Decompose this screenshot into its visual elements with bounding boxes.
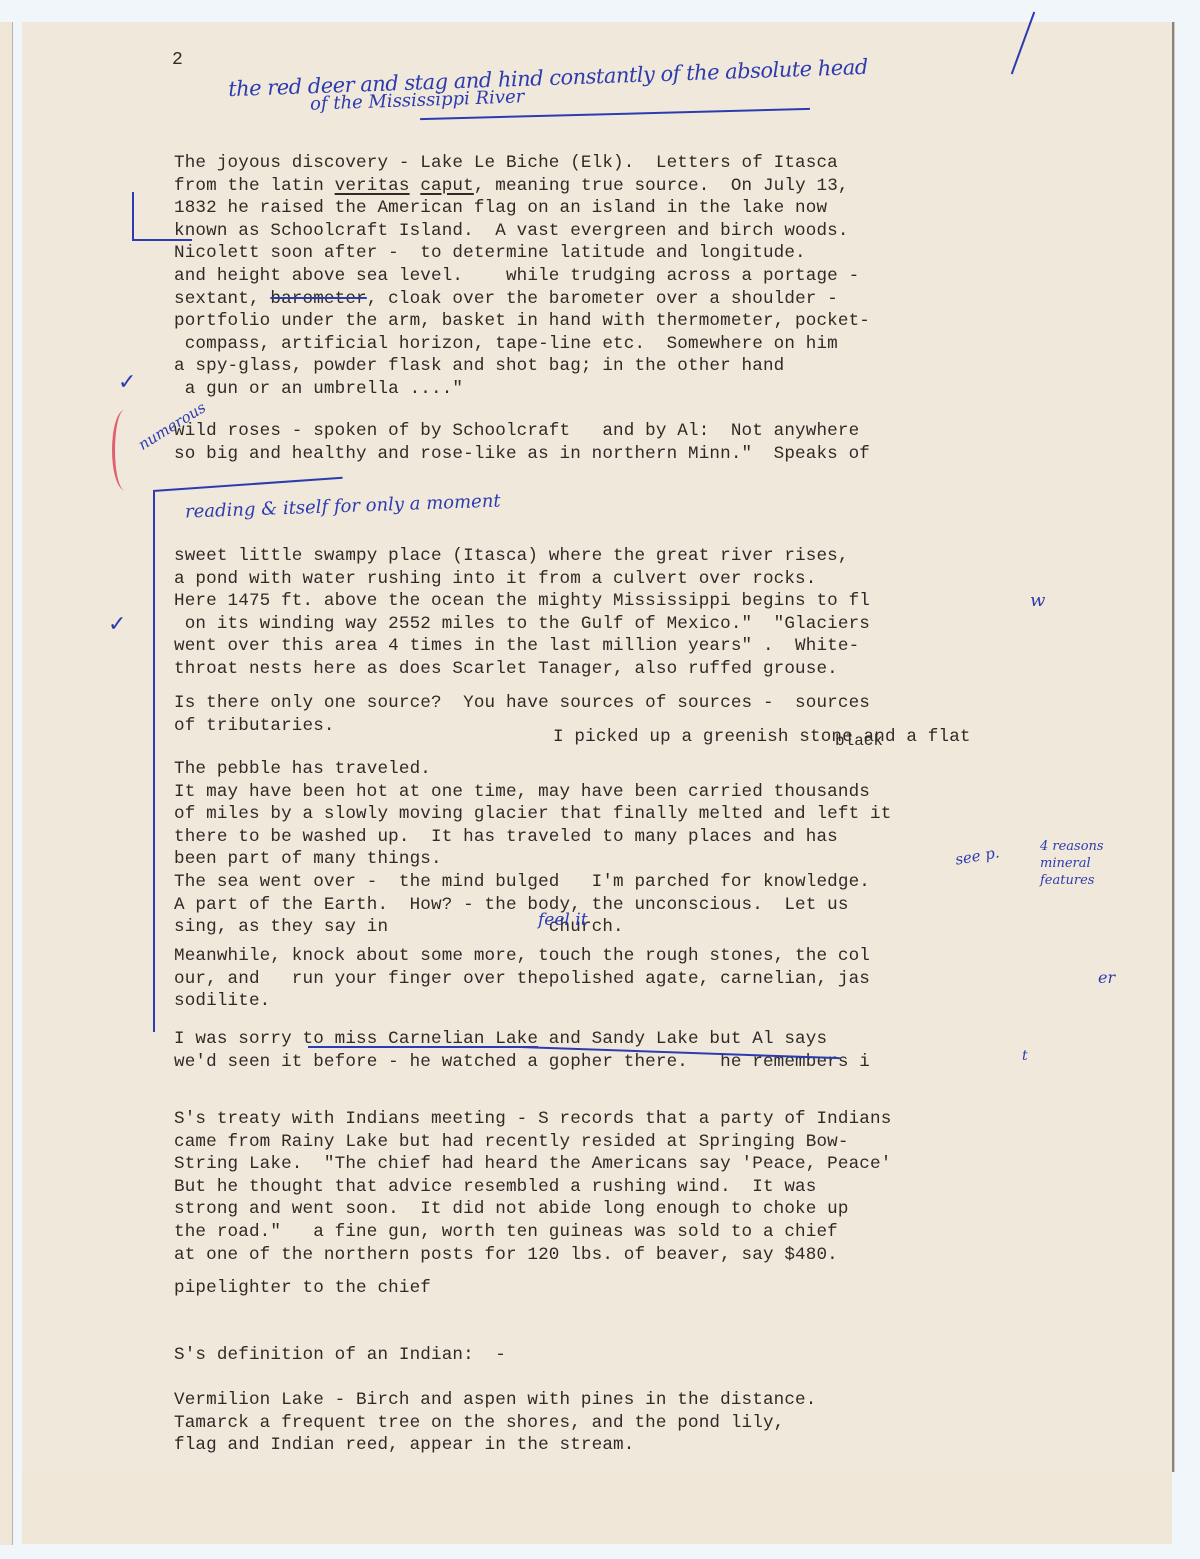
paragraph-10: pipelighter to the chief	[174, 1277, 431, 1300]
paragraph-3: sweet little swampy place (Itasca) where…	[174, 545, 870, 681]
paragraph-8: I was sorry to miss Carnelian Lake and S…	[174, 1028, 870, 1073]
underlined-caput: caput	[420, 176, 474, 196]
paragraph-12: Vermilion Lake - Birch and aspen with pi…	[174, 1389, 816, 1457]
red-margin-paren	[112, 410, 137, 490]
margin-bracket-1-foot	[132, 239, 192, 241]
underlined-veritas: veritas	[335, 176, 410, 196]
paragraph-7: Meanwhile, knock about some more, touch …	[174, 945, 870, 1013]
checkmark-icon: ✓	[108, 612, 126, 637]
paragraph-9: S's treaty with Indians meeting - S reco…	[174, 1108, 891, 1266]
paragraph-11: S's definition of an Indian: -	[174, 1344, 506, 1367]
handwritten-jasper-ending: er	[1098, 968, 1115, 987]
strikethrough-carnelian-lake	[308, 1046, 538, 1048]
paragraph-1: The joyous discovery - Lake Le Biche (El…	[174, 152, 870, 401]
previous-page-edge	[0, 22, 13, 1545]
handwritten-feel-it: feel it	[538, 910, 588, 930]
struck-barometer: barometer	[270, 289, 366, 309]
checkmark-icon: ✓	[118, 370, 136, 395]
handwritten-flow-ending: w	[1030, 590, 1045, 611]
margin-bracket-1	[132, 192, 134, 240]
paragraph-2: wild roses - spoken of by Schoolcraft an…	[174, 420, 870, 465]
paragraph-5: The pebble has traveled. It may have bee…	[174, 758, 891, 871]
handwritten-right-margin-note: 4 reasons mineral features	[1040, 838, 1104, 889]
paragraph-6: The sea went over - the mind bulged I'm …	[174, 871, 870, 939]
handwritten-remembers-it-ending: t	[1022, 1048, 1028, 1064]
page-number: 2	[172, 50, 183, 70]
page-bottom-margin	[22, 1472, 1172, 1544]
inserted-word-black: black	[835, 732, 883, 750]
long-margin-bracket	[153, 492, 155, 1032]
picked-stone-aside: I picked up a greenish stone and a flat	[553, 726, 971, 749]
